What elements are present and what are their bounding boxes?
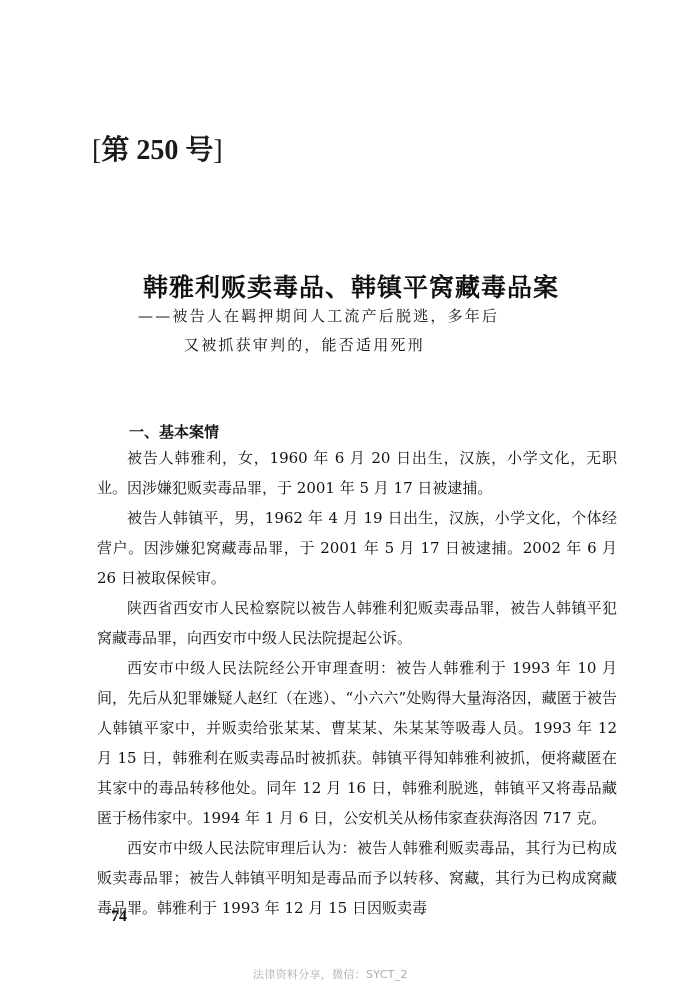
watermark: 法律资料分享，微信：SYCT_2 <box>253 966 408 982</box>
case-number-open-bracket: [ <box>92 135 101 166</box>
paragraph-prosecution: 陕西省西安市人民检察院以被告人韩雅利犯贩卖毒品罪，被告人韩镇平犯窝藏毒品罪，向西… <box>97 593 617 653</box>
case-number-label: 第 250 号 <box>101 135 213 166</box>
page-number: 74 <box>111 908 127 926</box>
paragraph-defendant-1: 被告人韩雅利，女，1960 年 6 月 20 日出生，汉族，小学文化，无职业。因… <box>97 443 617 503</box>
body-text: 被告人韩雅利，女，1960 年 6 月 20 日出生，汉族，小学文化，无职业。因… <box>97 443 617 923</box>
case-subtitle-line2: 又被抓获审判的，能否适用死刑 <box>184 334 425 355</box>
section-heading-basic-facts: 一、基本案情 <box>129 421 219 442</box>
paragraph-court-opinion: 西安市中级人民法院审理后认为：被告人韩雅利贩卖毒品，其行为已构成贩卖毒品罪；被告… <box>97 833 617 923</box>
paragraph-defendant-2: 被告人韩镇平，男，1962 年 4 月 19 日出生，汉族，小学文化，个体经营户… <box>97 503 617 593</box>
case-number: [第 250 号] <box>92 128 223 168</box>
case-subtitle-line1: ——被告人在羁押期间人工流产后脱逃，多年后 <box>138 305 499 326</box>
case-title: 韩雅利贩卖毒品、韩镇平窝藏毒品案 <box>143 268 563 304</box>
case-number-close-bracket: ] <box>213 135 222 166</box>
paragraph-court-findings: 西安市中级人民法院经公开审理查明：被告人韩雅利于 1993 年 10 月间，先后… <box>97 653 617 833</box>
